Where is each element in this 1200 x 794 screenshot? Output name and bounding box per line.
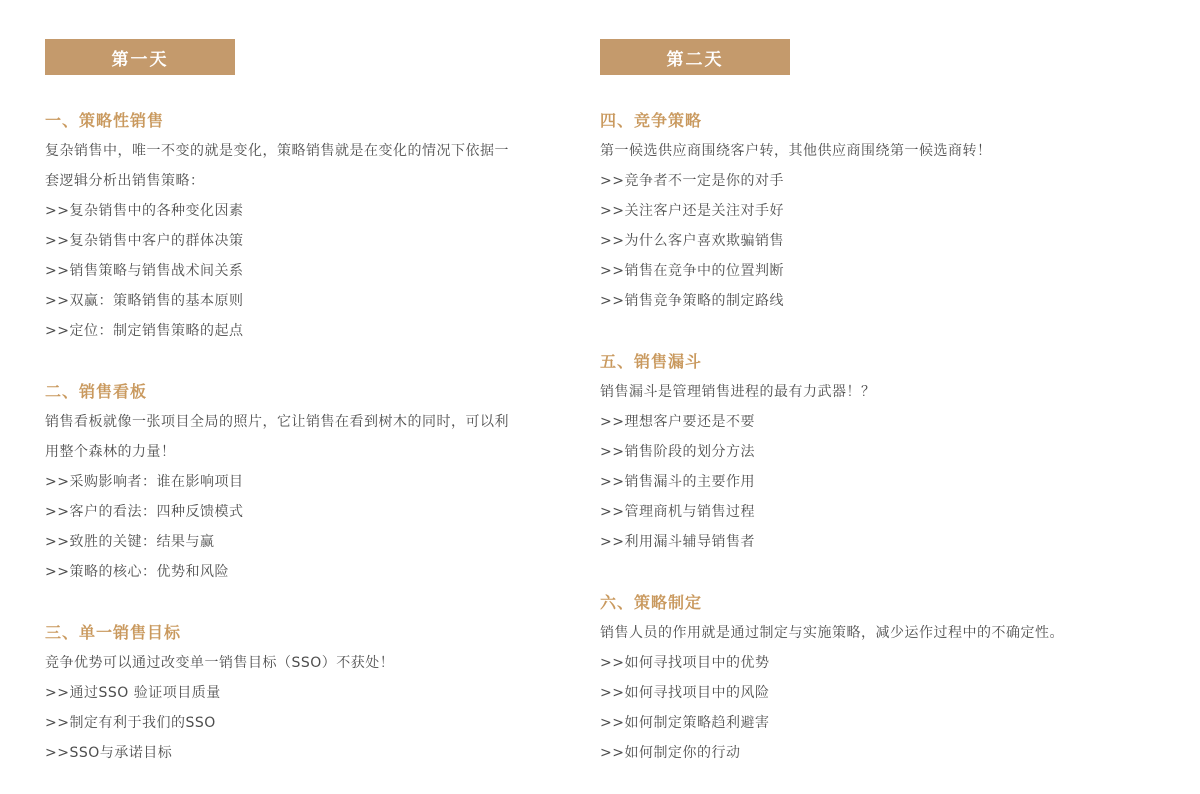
bullet-item: >>制定有利于我们的SSO xyxy=(45,708,570,738)
bullet-item: >>如何寻找项目中的风险 xyxy=(600,678,1170,708)
section-title: 一、策略性销售 xyxy=(45,106,570,136)
bullet-item: >>双赢：策略销售的基本原则 xyxy=(45,286,570,316)
bullet-item: >>管理商机与销售过程 xyxy=(600,497,1170,527)
section-sales-funnel: 五、销售漏斗 销售漏斗是管理销售进程的最有力武器！？ >>理想客户要还是不要 >… xyxy=(600,347,1170,557)
intro-line: 销售人员的作用就是通过制定与实施策略，减少运作过程中的不确定性。 xyxy=(600,618,1170,648)
bullet-item: >>竞争者不一定是你的对手 xyxy=(600,166,1170,196)
bullet-item: >>关注客户还是关注对手好 xyxy=(600,196,1170,226)
section-strategic-selling: 一、策略性销售 复杂销售中，唯一不变的就是变化，策略销售就是在变化的情况下依据一… xyxy=(45,106,570,346)
bullet-item: >>致胜的关键：结果与赢 xyxy=(45,527,570,557)
bullet-item: >>利用漏斗辅导销售者 xyxy=(600,527,1170,557)
agenda-page: 第一天 一、策略性销售 复杂销售中，唯一不变的就是变化，策略销售就是在变化的情况… xyxy=(0,0,1200,794)
day2-badge: 第二天 xyxy=(600,39,790,75)
section-title: 六、策略制定 xyxy=(600,588,1170,618)
bullet-item: >>销售竞争策略的制定路线 xyxy=(600,286,1170,316)
day1-column: 第一天 一、策略性销售 复杂销售中，唯一不变的就是变化，策略销售就是在变化的情况… xyxy=(45,39,570,768)
section-sales-kanban: 二、销售看板 销售看板就像一张项目全局的照片，它让销售在看到树木的同时，可以利 … xyxy=(45,377,570,587)
bullet-item: >>如何制定策略趋利避害 xyxy=(600,708,1170,738)
bullet-item: >>定位：制定销售策略的起点 xyxy=(45,316,570,346)
intro-line: 竞争优势可以通过改变单一销售目标（SSO）不获处！ xyxy=(45,648,570,678)
bullet-item: >>采购影响者：谁在影响项目 xyxy=(45,467,570,497)
intro-line: 第一候选供应商围绕客户转，其他供应商围绕第一候选商转！ xyxy=(600,136,1170,166)
section-title: 三、单一销售目标 xyxy=(45,618,570,648)
intro-line: 复杂销售中，唯一不变的就是变化，策略销售就是在变化的情况下依据一 xyxy=(45,136,570,166)
section-title: 五、销售漏斗 xyxy=(600,347,1170,377)
bullet-item: >>复杂销售中的各种变化因素 xyxy=(45,196,570,226)
day1-badge: 第一天 xyxy=(45,39,235,75)
bullet-item: >>销售在竞争中的位置判断 xyxy=(600,256,1170,286)
intro-line: 套逻辑分析出销售策略： xyxy=(45,166,570,196)
intro-line: 用整个森林的力量！ xyxy=(45,437,570,467)
day2-column: 第二天 四、竞争策略 第一候选供应商围绕客户转，其他供应商围绕第一候选商转！ >… xyxy=(600,39,1170,768)
bullet-item: >>销售阶段的划分方法 xyxy=(600,437,1170,467)
bullet-item: >>通过SSO 验证项目质量 xyxy=(45,678,570,708)
bullet-item: >>客户的看法：四种反馈模式 xyxy=(45,497,570,527)
section-single-sales-objective: 三、单一销售目标 竞争优势可以通过改变单一销售目标（SSO）不获处！ >>通过S… xyxy=(45,618,570,768)
bullet-item: >>销售漏斗的主要作用 xyxy=(600,467,1170,497)
section-competitive-strategy: 四、竞争策略 第一候选供应商围绕客户转，其他供应商围绕第一候选商转！ >>竞争者… xyxy=(600,106,1170,316)
day1-badge-label: 第一天 xyxy=(112,45,169,70)
day2-badge-label: 第二天 xyxy=(667,45,724,70)
bullet-item: >>策略的核心：优势和风险 xyxy=(45,557,570,587)
section-title: 四、竞争策略 xyxy=(600,106,1170,136)
bullet-item: >>如何寻找项目中的优势 xyxy=(600,648,1170,678)
intro-line: 销售看板就像一张项目全局的照片，它让销售在看到树木的同时，可以利 xyxy=(45,407,570,437)
section-strategy-formulation: 六、策略制定 销售人员的作用就是通过制定与实施策略，减少运作过程中的不确定性。 … xyxy=(600,588,1170,768)
intro-line: 销售漏斗是管理销售进程的最有力武器！？ xyxy=(600,377,1170,407)
section-title: 二、销售看板 xyxy=(45,377,570,407)
bullet-item: >>复杂销售中客户的群体决策 xyxy=(45,226,570,256)
bullet-item: >>销售策略与销售战术间关系 xyxy=(45,256,570,286)
bullet-item: >>如何制定你的行动 xyxy=(600,738,1170,768)
bullet-item: >>为什么客户喜欢欺骗销售 xyxy=(600,226,1170,256)
bullet-item: >>理想客户要还是不要 xyxy=(600,407,1170,437)
bullet-item: >>SSO与承诺目标 xyxy=(45,738,570,768)
